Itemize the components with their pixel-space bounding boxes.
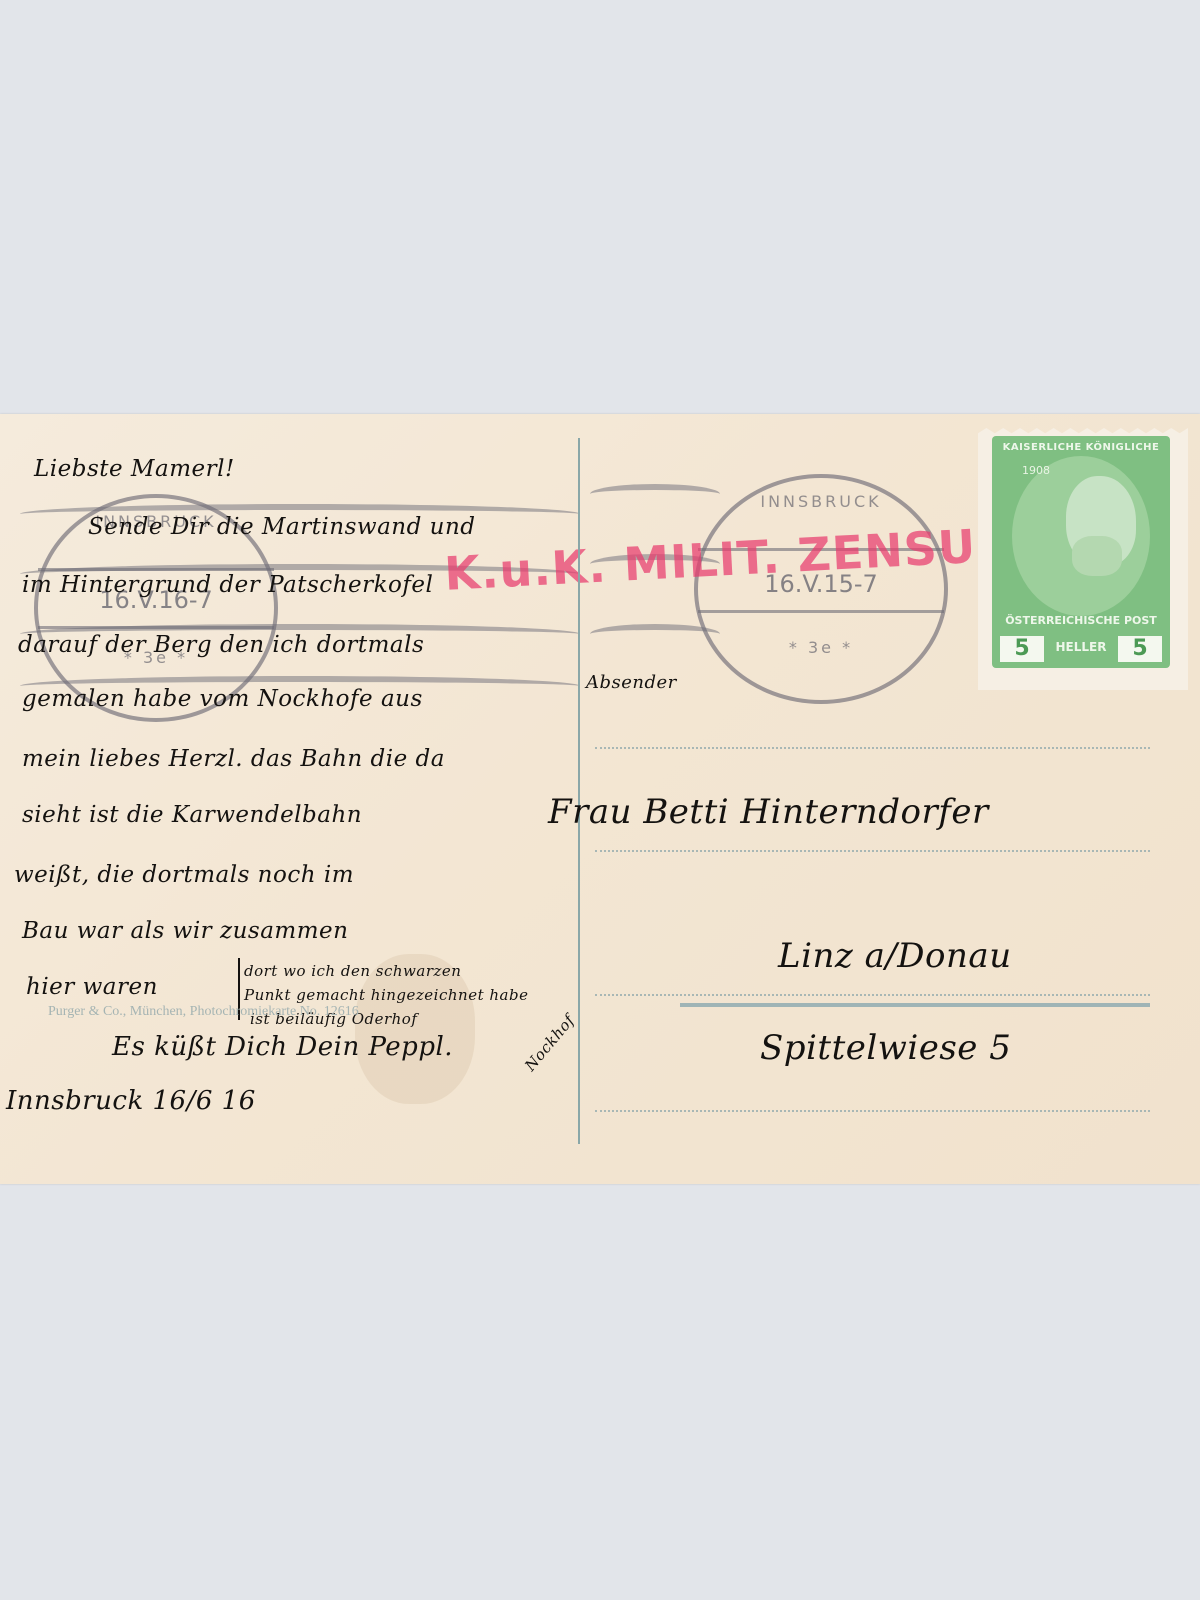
postmark-right: INNSBRUCK 16.V.15-7 * 3e * [694,474,948,704]
stamp-text-top: KAISERLICHE KÖNIGLICHE [992,442,1170,453]
printer-imprint: Purger & Co., München, Photochromiekarte… [48,1004,359,1020]
message-line: Sende Dir die Martinswand und [88,514,476,540]
address-line-guide [595,850,1150,852]
address-line-rule [680,1003,1150,1007]
annotation-line: Punkt gemacht hingezeichnet habe [244,986,528,1004]
stamp-text-bottom: ÖSTERREICHISCHE POST [992,614,1170,627]
stamp-value-left: 5 [1000,636,1044,662]
salutation: Liebste Mamerl! [34,456,235,482]
message-line: sieht ist die Karwendelbahn [22,802,362,828]
sender-mark: Absender [586,672,677,693]
annotation-line: dort wo ich den schwarzen [244,962,461,980]
postmark-town: INNSBRUCK [698,492,944,511]
place-date: Innsbruck 16/6 16 [6,1086,256,1116]
stamp-unit: HELLER [1046,640,1116,654]
address-line-guide [595,994,1150,996]
recipient-name: Frau Betti Hinterndorfer [548,792,989,832]
recipient-city: Linz a/Donau [778,936,1012,976]
recipient-street: Spittelwiese 5 [760,1028,1011,1068]
closing: Es küßt Dich Dein Peppl. [112,1032,453,1062]
postmark-code: * 3e * [698,638,944,657]
postage-stamp: KAISERLICHE KÖNIGLICHE 1908 ÖSTERREICHIS… [978,428,1188,690]
address-line-guide [595,747,1150,749]
message-line: hier waren [26,974,158,1000]
message-line: im Hintergrund der Patscherkofel [22,572,433,598]
annotation-suffix: Nockhof [521,1011,578,1074]
message-line: Bau war als wir zusammen [22,918,348,944]
message-line: weißt, die dortmals noch im [14,862,354,888]
stamp-value-right: 5 [1118,636,1162,662]
message-line: gemalen habe vom Nockhofe aus [22,686,423,712]
address-line-guide [595,1110,1150,1112]
postcard-back: INNSBRUCK 16.V.16-7 * 3e * INNSBRUCK 16.… [0,414,1200,1184]
message-line: darauf der Berg den ich dortmals [18,632,424,658]
card-divider [578,438,580,1144]
stamp-year: 1908 [1022,464,1050,477]
message-line: mein liebes Herzl. das Bahn die da [22,746,445,772]
